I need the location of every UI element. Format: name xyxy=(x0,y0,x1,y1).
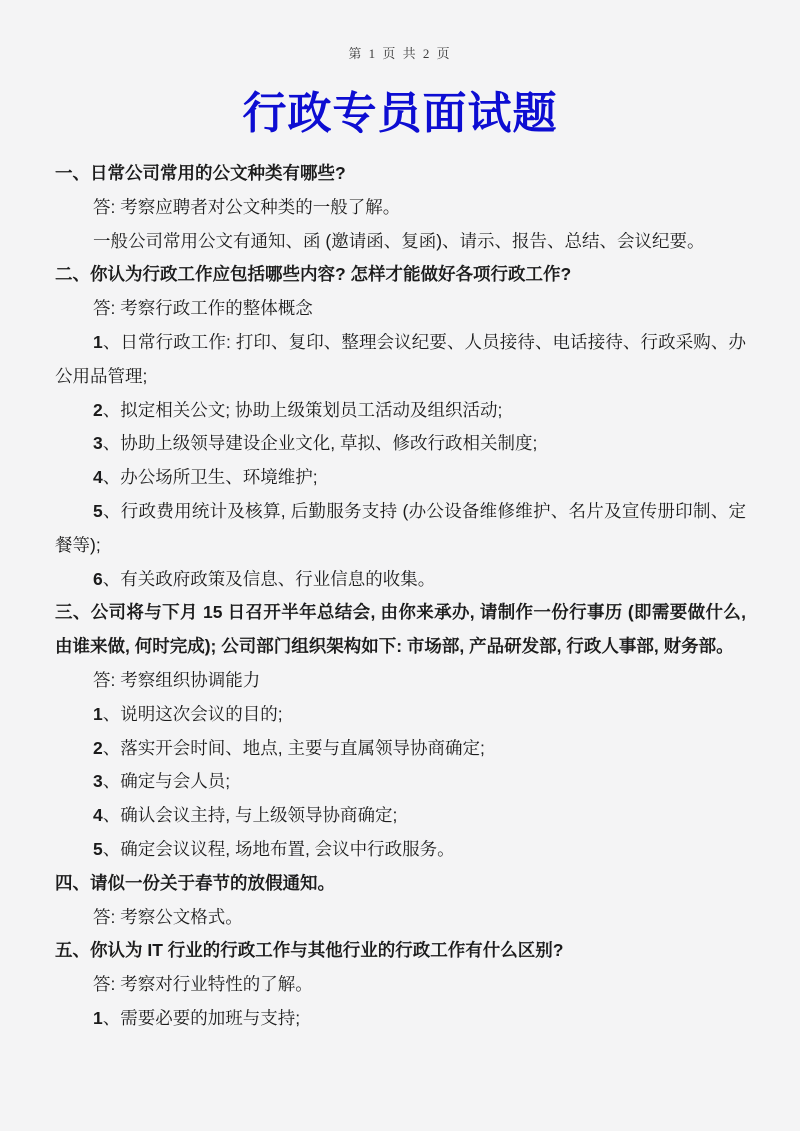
list-item-number: 4 xyxy=(93,467,103,487)
list-item: 3、确定与会人员; xyxy=(55,765,746,799)
list-item: 5、确定会议议程, 场地布置, 会议中行政服务。 xyxy=(55,833,746,867)
list-item-number: 3 xyxy=(93,771,103,791)
question-heading-4: 四、请似一份关于春节的放假通知。 xyxy=(55,867,746,901)
list-item: 1、说明这次会议的目的; xyxy=(55,698,746,732)
question-heading-1: 一、日常公司常用的公文种类有哪些? xyxy=(55,157,746,191)
list-item: 3、协助上级领导建设企业文化, 草拟、修改行政相关制度; xyxy=(55,427,746,461)
answer-line: 一般公司常用公文有通知、函 (邀请函、复函)、请示、报告、总结、会议纪要。 xyxy=(55,225,746,259)
list-item-text: 、说明这次会议的目的; xyxy=(103,704,283,724)
list-item: 1、需要必要的加班与支持; xyxy=(55,1002,746,1036)
list-item-text: 、需要必要的加班与支持; xyxy=(103,1008,300,1028)
answer-line: 答: 考察行政工作的整体概念 xyxy=(55,292,746,326)
document-page: 第 1 页 共 2 页 行政专员面试题 一、日常公司常用的公文种类有哪些? 答:… xyxy=(0,0,800,1131)
list-item: 4、办公场所卫生、环境维护; xyxy=(55,461,746,495)
answer-line: 答: 考察公文格式。 xyxy=(55,901,746,935)
list-item-number: 2 xyxy=(93,738,103,758)
list-item-number: 5 xyxy=(93,501,103,521)
list-item: 5、行政费用统计及核算, 后勤服务支持 (办公设备维修维护、名片及宣传册印制、定… xyxy=(55,495,746,563)
question-heading-3: 三、公司将与下月 15 日召开半年总结会, 由你来承办, 请制作一份行事历 (即… xyxy=(55,596,746,664)
list-item-number: 4 xyxy=(93,805,103,825)
list-item-number: 6 xyxy=(93,569,103,589)
list-item-number: 3 xyxy=(93,433,103,453)
list-item: 1、日常行政工作: 打印、复印、整理会议纪要、人员接待、电话接待、行政采购、办公… xyxy=(55,326,746,394)
list-item: 6、有关政府政策及信息、行业信息的收集。 xyxy=(55,563,746,597)
document-body: 一、日常公司常用的公文种类有哪些? 答: 考察应聘者对公文种类的一般了解。 一般… xyxy=(0,157,800,1036)
list-item-text: 、行政费用统计及核算, 后勤服务支持 (办公设备维修维护、名片及宣传册印制、定餐… xyxy=(55,501,746,555)
answer-line: 答: 考察对行业特性的了解。 xyxy=(55,968,746,1002)
list-item-text: 、有关政府政策及信息、行业信息的收集。 xyxy=(103,569,436,589)
list-item: 2、落实开会时间、地点, 主要与直属领导协商确定; xyxy=(55,732,746,766)
list-item: 2、拟定相关公文; 协助上级策划员工活动及组织活动; xyxy=(55,394,746,428)
list-item-text: 、办公场所卫生、环境维护; xyxy=(103,467,318,487)
list-item-text: 、确定与会人员; xyxy=(103,771,230,791)
question-heading-2: 二、你认为行政工作应包括哪些内容? 怎样才能做好各项行政工作? xyxy=(55,258,746,292)
list-item-number: 5 xyxy=(93,839,103,859)
list-item-number: 1 xyxy=(93,704,103,724)
list-item-text: 、落实开会时间、地点, 主要与直属领导协商确定; xyxy=(103,738,485,758)
document-title: 行政专员面试题 xyxy=(0,88,800,140)
list-item-text: 、拟定相关公文; 协助上级策划员工活动及组织活动; xyxy=(103,400,503,420)
answer-line: 答: 考察应聘者对公文种类的一般了解。 xyxy=(55,191,746,225)
list-item-number: 1 xyxy=(93,332,103,352)
question-heading-5: 五、你认为 IT 行业的行政工作与其他行业的行政工作有什么区别? xyxy=(55,934,746,968)
list-item-number: 2 xyxy=(93,400,103,420)
list-item-number: 1 xyxy=(93,1008,103,1028)
answer-line: 答: 考察组织协调能力 xyxy=(55,664,746,698)
page-number-header: 第 1 页 共 2 页 xyxy=(0,46,800,62)
list-item-text: 、确定会议议程, 场地布置, 会议中行政服务。 xyxy=(103,839,455,859)
list-item-text: 、日常行政工作: 打印、复印、整理会议纪要、人员接待、电话接待、行政采购、办公用… xyxy=(55,332,746,386)
list-item-text: 、协助上级领导建设企业文化, 草拟、修改行政相关制度; xyxy=(103,433,538,453)
list-item: 4、确认会议主持, 与上级领导协商确定; xyxy=(55,799,746,833)
list-item-text: 、确认会议主持, 与上级领导协商确定; xyxy=(103,805,398,825)
